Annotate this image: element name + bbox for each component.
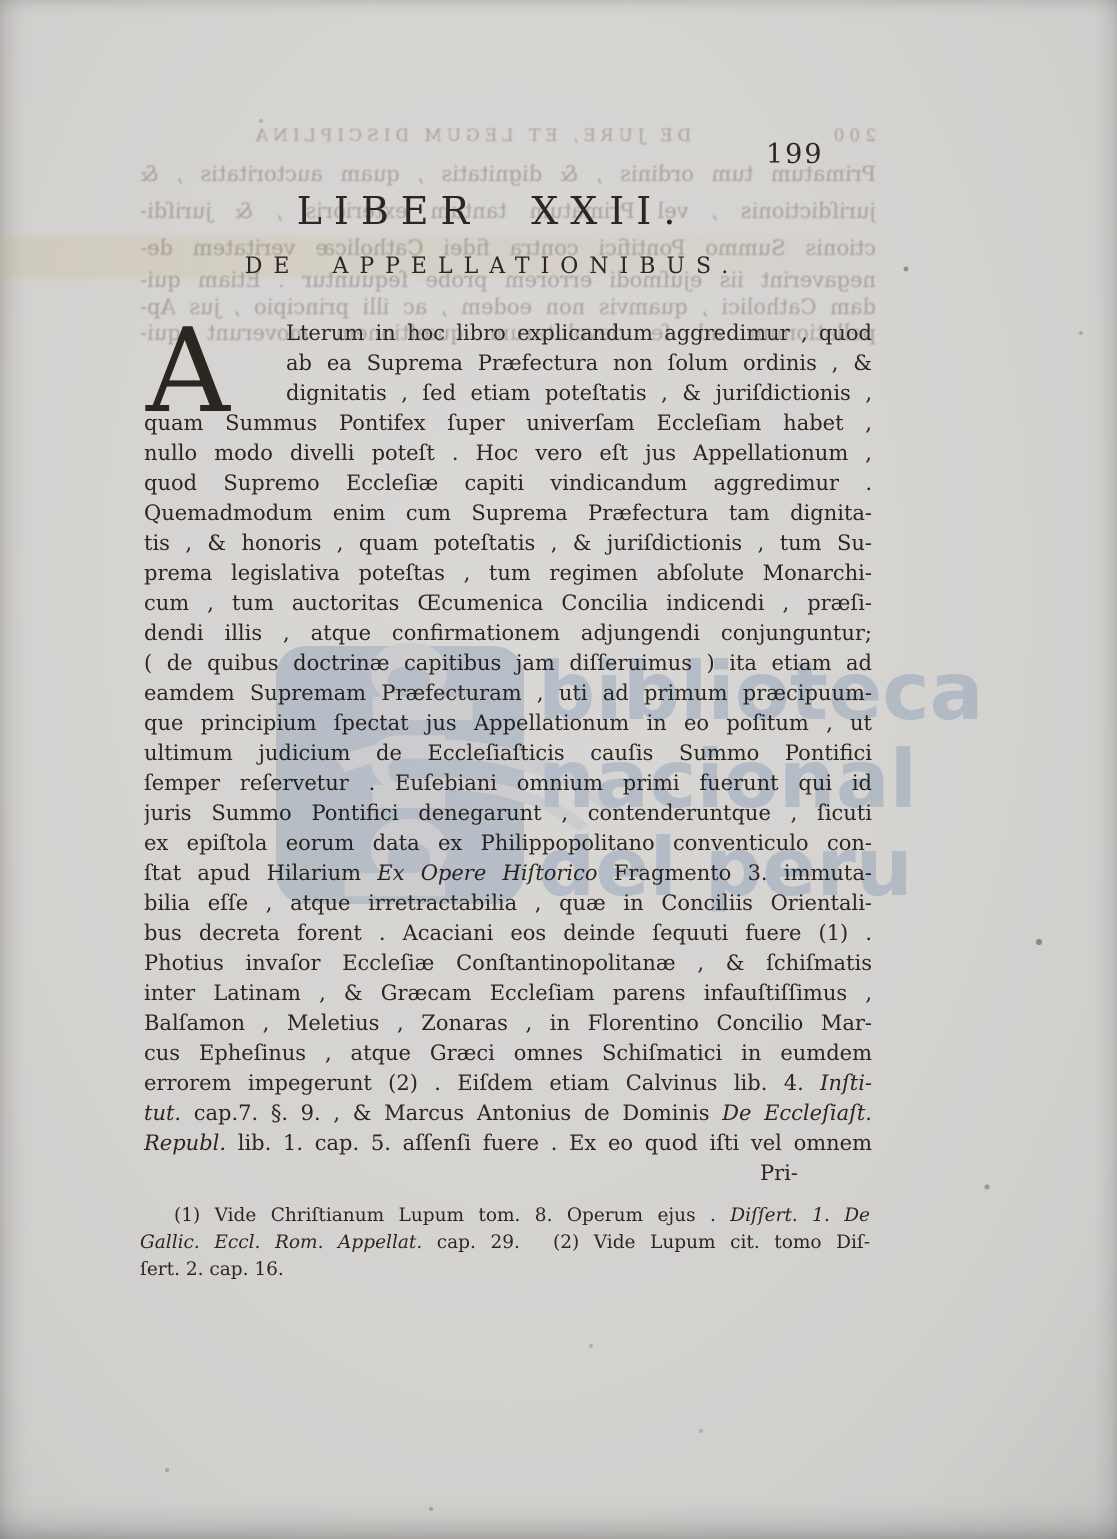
body-line: ( de quibus doctrinæ capitibus jam diſſe… [144, 648, 872, 678]
footnote-block: (1) Vide Chriſtianum Lupum tom. 8. Operu… [140, 1202, 870, 1283]
body-line: que principium ſpectat jus Appellationum… [144, 708, 872, 738]
page-number: 199 [766, 139, 824, 170]
footnote-line: Gallic. Eccl. Rom. Appellat. cap. 29. (2… [140, 1229, 870, 1256]
bleedthrough-header-title: DE JURE, ET LEGUM DISCIPLINA [140, 126, 802, 146]
paper-speckles [0, 0, 2, 2]
body-line: Lterum in hoc libro explicandum aggredim… [144, 318, 872, 348]
body-line: bus decreta forent . Acaciani eos deinde… [144, 918, 872, 948]
body-line: errorem impegerunt (2) . Eiſdem etiam Ca… [144, 1068, 872, 1098]
catchword: Pri- [144, 1158, 872, 1188]
body-line: nullo modo divelli poteſt . Hoc vero eſt… [144, 438, 872, 468]
body-line: tut. cap.7. §. 9. , & Marcus Antonius de… [144, 1098, 872, 1128]
body-line: juris Summo Pontifici denegarunt , conte… [144, 798, 872, 828]
body-line: prema legislativa poteſtas , tum regimen… [144, 558, 872, 588]
footnote-line: ſert. 2. cap. 16. [140, 1256, 870, 1283]
chapter-subtitle: DE APPELLATIONIBUS. [128, 254, 856, 279]
body-line: Quemadmodum enim cum Suprema Præfectura … [144, 498, 872, 528]
body-line: ex epiſtola eorum data ex Philippopolita… [144, 828, 872, 858]
footnote-lines: (1) Vide Chriſtianum Lupum tom. 8. Operu… [140, 1202, 870, 1283]
scanned-book-page: 200 DE JURE, ET LEGUM DISCIPLINA Primatu… [0, 0, 1117, 1539]
body-line: ultimum judicium de Eccleſiaſticis cauſi… [144, 738, 872, 768]
body-line: eamdem Supremam Præfecturam , uti ad pri… [144, 678, 872, 708]
body-line: dendi illis , atque confirmationem adjun… [144, 618, 872, 648]
bleedthrough-line: dam Catholici , quamvis non eodem , ac i… [140, 295, 876, 319]
bleedthrough-layer: 200 DE JURE, ET LEGUM DISCIPLINA Primatu… [140, 0, 876, 360]
body-text: Lterum in hoc libro explicandum aggredim… [144, 318, 872, 1188]
body-line: quod Supremo Eccleſiæ capiti vindicandum… [144, 468, 872, 498]
body-line: ab ea Suprema Præfectura non ſolum ordin… [144, 348, 872, 378]
body-line: tis , & honoris , quam poteſtatis , & ju… [144, 528, 872, 558]
body-line: cum , tum auctoritas Œcumenica Concilia … [144, 588, 872, 618]
body-line: Balſamon , Meletius , Zonaras , in Flore… [144, 1008, 872, 1038]
body-line: quam Summus Pontifex ſuper univerſam Ecc… [144, 408, 872, 438]
body-line: dignitatis , ſed etiam poteſtatis , & ju… [144, 378, 872, 408]
body-line: ſemper reſervetur . Euſebiani omnium pri… [144, 768, 872, 798]
body-line: bilia eſſe , atque irretractabilia , quæ… [144, 888, 872, 918]
body-line: inter Latinam , & Græcam Eccleſiam paren… [144, 978, 872, 1008]
body-line: ſtat apud Hilarium Ex Opere Hiſtorico Fr… [144, 858, 872, 888]
footnote-line: (1) Vide Chriſtianum Lupum tom. 8. Operu… [140, 1202, 870, 1229]
body-line: cus Epheſinus , atque Græci omnes Schiſm… [144, 1038, 872, 1068]
body-line: Photius invaſor Eccleſiæ Conſtantinopoli… [144, 948, 872, 978]
body-line: Republ. lib. 1. cap. 5. aſſenſi fuere . … [144, 1128, 872, 1158]
chapter-title: LIBER XXII. [128, 189, 856, 233]
body-lines: Lterum in hoc libro explicandum aggredim… [144, 318, 872, 1158]
